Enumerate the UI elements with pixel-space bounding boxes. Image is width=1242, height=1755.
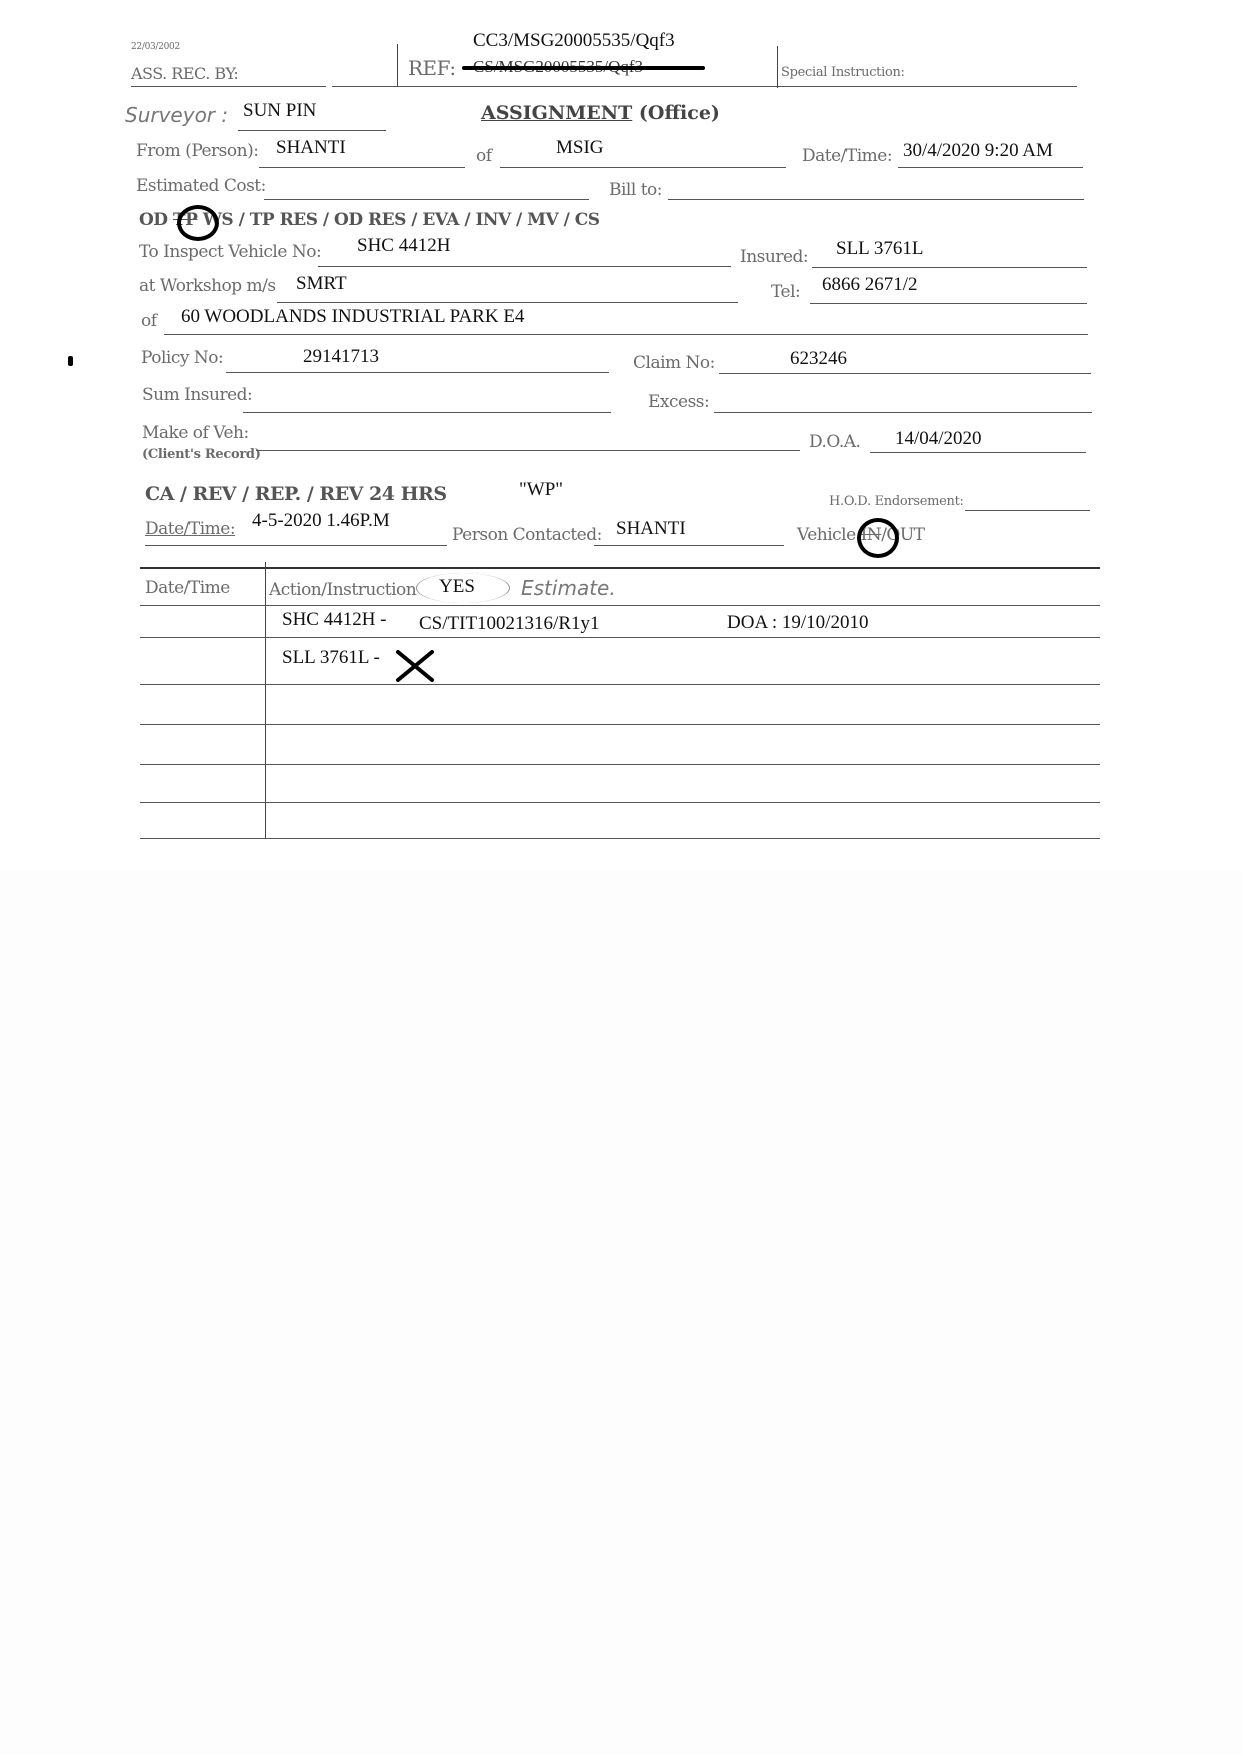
insured-value: SLL 3761L xyxy=(836,238,923,260)
person-contacted-label: Person Contacted: xyxy=(452,525,602,545)
policy-no-label: Policy No: xyxy=(141,348,223,368)
excess-label: Excess: xyxy=(648,392,709,412)
circle-mark-in xyxy=(857,518,899,558)
surveyor-label: Surveyor : xyxy=(125,103,228,127)
bill-to-label: Bill to: xyxy=(609,180,662,200)
row2-vehicle: SLL 3761L - xyxy=(282,647,380,669)
date-stamp: 22/03/2002 xyxy=(131,42,180,52)
inspect-vehicle-label: To Inspect Vehicle No: xyxy=(139,242,321,262)
row1-ref: CS/TIT10021316/R1y1 xyxy=(419,613,600,635)
col-date-time-header: Date/Time xyxy=(145,578,230,598)
col-action-header: Action/Instruction xyxy=(269,580,416,600)
from-person-label: From (Person): xyxy=(136,141,258,161)
tel-value: 6866 2671/2 xyxy=(822,274,918,296)
inspect-vehicle-value: SHC 4412H xyxy=(357,235,450,257)
make-of-veh-label: Make of Veh: xyxy=(142,423,249,443)
doa-label: D.O.A. xyxy=(809,432,860,452)
hod-endorsement-label: H.O.D. Endorsement: xyxy=(829,494,964,509)
of-label: of xyxy=(476,146,492,166)
form-title: ASSIGNMENT (Office) xyxy=(481,102,720,124)
header-divider-2 xyxy=(777,46,778,88)
estimated-cost-label: Estimated Cost: xyxy=(136,176,266,196)
row1-vehicle: SHC 4412H - xyxy=(282,609,387,631)
tel-label: Tel: xyxy=(771,282,800,302)
contact-date-time-value: 4-5-2020 1.46P.M xyxy=(252,510,390,532)
surveyor-value: SUN PIN xyxy=(243,100,316,122)
address-label: of xyxy=(141,311,157,331)
review-options: CA / REV / REP. / REV 24 HRS xyxy=(145,483,447,505)
sum-insured-label: Sum Insured: xyxy=(142,385,252,405)
insured-label: Insured: xyxy=(740,247,808,267)
estimate-answer: YES xyxy=(439,576,475,598)
ref-new-value: CC3/MSG20005535/Qqf3 xyxy=(473,30,675,52)
x-mark-icon xyxy=(395,650,435,682)
strikethrough-mark xyxy=(462,66,705,70)
table-column-divider xyxy=(265,562,266,838)
scan-speck xyxy=(68,356,73,366)
policy-no-value: 29141713 xyxy=(303,346,379,368)
date-time-label: Date/Time: xyxy=(802,146,892,166)
row1-doa: DOA : 19/10/2010 xyxy=(727,612,868,634)
address-value: 60 WOODLANDS INDUSTRIAL PARK E4 xyxy=(181,306,524,328)
special-instruction-label: Special Instruction: xyxy=(781,65,905,80)
estimate-label: Estimate. xyxy=(521,576,616,600)
header-divider xyxy=(397,44,398,87)
clients-record-label: (Client's Record) xyxy=(142,447,261,462)
ref-label: REF: xyxy=(408,56,456,80)
review-note: "WP" xyxy=(519,479,563,501)
contact-date-time-label: Date/Time: xyxy=(145,519,235,539)
ass-rec-by-label: ASS. REC. BY: xyxy=(131,64,238,83)
doa-value: 14/04/2020 xyxy=(895,428,982,450)
of-company-value: MSIG xyxy=(556,137,604,159)
claim-no-label: Claim No: xyxy=(633,353,715,373)
circle-mark-tp xyxy=(177,205,219,241)
ass-rec-by-line xyxy=(131,86,326,87)
person-contacted-value: SHANTI xyxy=(616,518,686,540)
form-title-suffix: (Office) xyxy=(639,102,720,124)
form-title-main: ASSIGNMENT xyxy=(481,102,632,124)
workshop-value: SMRT xyxy=(296,273,347,295)
table-top-rule xyxy=(140,567,1100,569)
date-time-value: 30/4/2020 9:20 AM xyxy=(903,140,1053,162)
workshop-label: at Workshop m/s xyxy=(139,276,276,296)
claim-no-value: 623246 xyxy=(790,348,847,370)
from-person-value: SHANTI xyxy=(276,137,346,159)
scanned-form: 22/03/2002 ASS. REC. BY: REF: CC3/MSG200… xyxy=(0,0,1242,870)
